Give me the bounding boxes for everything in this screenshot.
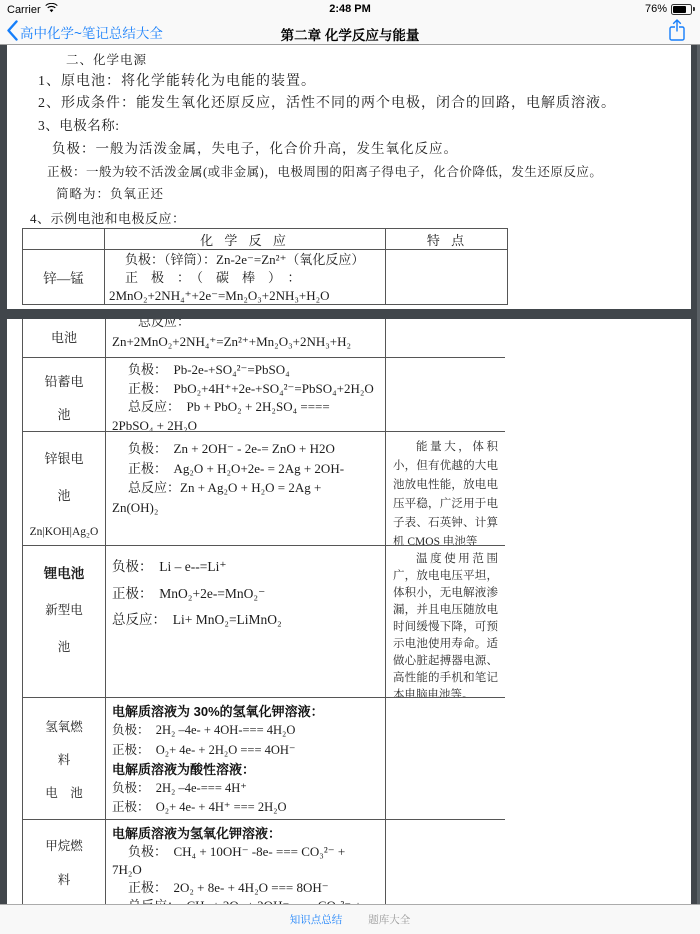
feature-cell [386, 250, 509, 304]
status-time: 2:48 PM [0, 3, 700, 15]
reaction-cell: 负极： Zn + 2OH⁻ - 2e-= ZnO + H2O 正极： Ag₂O … [106, 432, 386, 545]
paragraph: 简略为：负氧正还 [56, 184, 164, 202]
battery-tip [693, 7, 695, 11]
table-row: 电池 总反应： Zn+2MnO₂+2NH₄⁺=Zn²⁺+Mn₂O₃+2NH₃+H… [23, 319, 505, 358]
back-chevron-icon [6, 20, 18, 44]
document-page-1: 二、化学电源 1、原电池：将化学能转化为电能的装置。 2、形成条件：能发生氧化还… [7, 45, 691, 309]
tab-question-bank[interactable]: 题库大全 [368, 912, 410, 927]
reaction-line: 正极： MnO₂+2e-=MnO₂⁻ [112, 581, 381, 608]
document-page-2: 电池 总反应： Zn+2MnO₂+2NH₄⁺=Zn²⁺+Mn₂O₃+2NH₃+H… [7, 319, 691, 934]
reaction-cell: 负极： Pb-2e-+SO₄²⁻=PbSO₄ 正极： PbO₂+4H⁺+2e-+… [106, 358, 386, 431]
paragraph: 负极：一般为活泼金属，失电子，化合价升高，发生氧化反应。 [52, 137, 458, 157]
battery-icon [671, 4, 692, 15]
paragraph: 正极：一般为较不活泼金属(或非金属)，电极周围的阳离子得电子，化合价降低，发生还… [47, 162, 602, 180]
status-battery: 76% [645, 3, 695, 15]
bottom-tab-bar: 知识点总结 题库大全 [0, 904, 700, 934]
reaction-line: 负极： Zn + 2OH⁻ - 2e-= ZnO + H2O [112, 439, 381, 459]
page-title: 第二章 化学反应与能量 [120, 24, 580, 44]
electrolyte-heading: 电解质溶液为氢氧化钾溶液： [112, 825, 381, 843]
battery-name-cell: 电池 [23, 319, 106, 357]
reaction-line: 7H₂O [112, 861, 381, 879]
battery-example-table: 化 学 反 应 特 点 锌—锰 负极：（锌筒）：Zn-2e⁻=Zn²⁺（氧化反应… [22, 228, 508, 305]
reaction-line: 负极： 2H₂ –4e-=== 4H⁺ [112, 779, 381, 798]
feature-cell: 温度使用范围广，放电电压平坦，体积小，无电解液渗漏，并且电压随放电时间缓慢下降，… [386, 546, 505, 697]
table-row: 锂电池 新型电 池 负极： Li – e--=Li⁺ 正极： MnO₂+2e-=… [23, 546, 505, 698]
battery-name-cell: 锌—锰 [23, 250, 105, 304]
table-row: 氢氧燃 料 电 池 电解质溶液为 30%的氢氧化钾溶液： 负极： 2H₂ –4e… [23, 698, 505, 820]
table-row: 铅蓄电 池 负极： Pb-2e-+SO₄²⁻=PbSO₄ 正极： PbO₂+4H… [23, 358, 505, 432]
reaction-cell: 负极： Li – e--=Li⁺ 正极： MnO₂+2e-=MnO₂⁻ 总反应：… [106, 546, 386, 697]
document-viewport[interactable]: 二、化学电源 1、原电池：将化学能转化为电能的装置。 2、形成条件：能发生氧化还… [0, 45, 700, 934]
reaction-line: 正极： Ag₂O + H₂O+2e- = 2Ag + 2OH- [112, 459, 381, 479]
reaction-line: 正极： 2O₂ + 8e- + 4H₂O === 8OH⁻ [112, 879, 381, 897]
reaction-cell: 负极：（锌筒）：Zn-2e⁻=Zn²⁺（氧化反应） 正 极 ： （ 碳 棒 ） … [105, 250, 386, 304]
reaction-line: 正 极 ： （ 碳 棒 ） ： [109, 269, 381, 287]
reaction-line: 负极： Pb-2e-+SO₄²⁻=PbSO₄ [112, 361, 381, 380]
electrolyte-heading: 电解质溶液为酸性溶液： [112, 760, 381, 779]
reaction-line: 正极： PbO₂+4H⁺+2e-+SO₄²⁻=PbSO₄+2H₂O [112, 380, 381, 399]
battery-name-cell: 锂电池 新型电 池 [23, 546, 106, 697]
table-row: 锌—锰 负极：（锌筒）：Zn-2e⁻=Zn²⁺（氧化反应） 正 极 ： （ 碳 … [23, 250, 507, 304]
reaction-line: 总反应： Pb + PbO₂ + 2H₂SO₄ ==== [112, 398, 381, 417]
reaction-cell: 总反应： Zn+2MnO₂+2NH₄⁺=Zn²⁺+Mn₂O₃+2NH₃+H₂ [106, 319, 386, 357]
top-bar: Carrier 2:48 PM 76% 高中化学~笔记总结大全 [0, 0, 700, 45]
electrolyte-heading: 电解质溶液为 30%的氢氧化钾溶液： [112, 702, 381, 721]
reaction-line: 总反应： [112, 319, 381, 332]
feature-cell [386, 358, 505, 431]
paragraph: 3、电极名称: [38, 114, 120, 134]
reaction-line: 负极： CH₄ + 10OH⁻ -8e- === CO₃²⁻ + [112, 843, 381, 861]
feature-cell [386, 319, 505, 357]
reaction-line: 正极： O₂+ 4e- + 4H⁺ === 2H₂O [112, 798, 381, 817]
header-cell-reaction: 化 学 反 应 [105, 229, 386, 249]
battery-name-cell: 氢氧燃 料 电 池 [23, 698, 106, 819]
battery-name-cell: 锌银电 池 Zn|KOH|Ag₂O [23, 432, 106, 545]
reaction-line: Zn(OH)₂ [112, 498, 381, 518]
reaction-line: 总反应：Zn + Ag₂O + H₂O = 2Ag + [112, 478, 381, 498]
app-screen: Carrier 2:48 PM 76% 高中化学~笔记总结大全 [0, 0, 700, 934]
battery-name-cell: 铅蓄电 池 [23, 358, 106, 431]
header-cell-empty [23, 229, 105, 249]
share-button[interactable] [666, 18, 688, 42]
paragraph: 1、原电池：将化学能转化为电能的装置。 [38, 70, 316, 90]
reaction-line: 负极：（锌筒）：Zn-2e⁻=Zn²⁺（氧化反应） [109, 251, 381, 269]
table-row: 锌银电 池 Zn|KOH|Ag₂O 负极： Zn + 2OH⁻ - 2e-= Z… [23, 432, 505, 546]
reaction-line: 2PbSO₄ + 2H₂O [112, 417, 381, 432]
tab-knowledge-summary[interactable]: 知识点总结 [290, 912, 343, 927]
paragraph: 2、形成条件：能发生氧化还原反应，活性不同的两个电极，闭合的回路，电解质溶液。 [38, 92, 616, 112]
reaction-line: 负极： 2H₂ –4e- + 4OH-=== 4H₂O [112, 721, 381, 740]
feature-cell: 能量大，体积小，但有优越的大电池放电性能，放电电压平稳，广泛用于电子表、石英钟、… [386, 432, 505, 545]
header-cell-feature: 特 点 [386, 229, 509, 249]
reaction-line: 2MnO₂+2NH₄⁺+2e⁻=Mn₂O₃+2NH₃+H₂O [109, 287, 381, 304]
battery-percent-label: 76% [645, 3, 667, 15]
reaction-cell: 电解质溶液为 30%的氢氧化钾溶液： 负极： 2H₂ –4e- + 4OH-==… [106, 698, 386, 819]
reaction-line: 负极： Li – e--=Li⁺ [112, 554, 381, 581]
feature-cell [386, 698, 505, 819]
share-icon [666, 18, 688, 42]
section-heading: 二、化学电源 [66, 50, 147, 68]
battery-table-continued: 电池 总反应： Zn+2MnO₂+2NH₄⁺=Zn²⁺+Mn₂O₃+2NH₃+H… [22, 319, 505, 934]
reaction-line: 正极： O₂+ 4e- + 2H₂O === 4OH⁻ [112, 741, 381, 760]
table-header-row: 化 学 反 应 特 点 [23, 229, 507, 250]
reaction-line: Zn+2MnO₂+2NH₄⁺=Zn²⁺+Mn₂O₃+2NH₃+H₂ [112, 332, 381, 352]
reaction-line: 总反应： Li+ MnO₂=LiMnO₂ [112, 607, 381, 634]
paragraph: 4、示例电池和电极反应： [30, 208, 186, 227]
